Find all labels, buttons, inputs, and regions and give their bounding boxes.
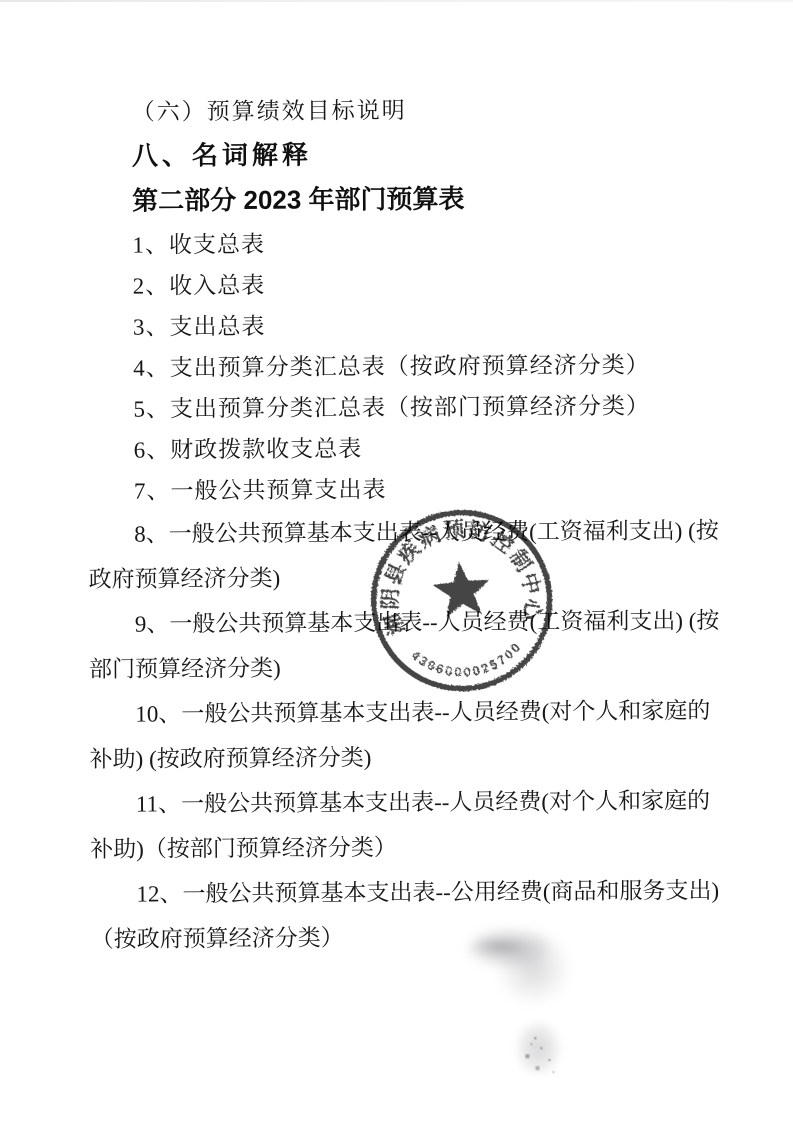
scanned-document-page: （六）预算绩效目标说明 八、名词解释 第二部分 2023 年部门预算表 1、收支…	[0, 0, 793, 1122]
list-item-3: 3、支出总表	[87, 303, 737, 348]
list-item-10-line-2: 补助) (按政府预算经济分类)	[89, 733, 739, 782]
list-item-2: 2、收入总表	[87, 262, 737, 307]
list-item-11-line-2: 补助)（按部门预算经济分类）	[90, 823, 740, 872]
heading-glossary: 八、名词解释	[86, 131, 736, 177]
list-item-12-line-2: （按政府预算经济分类）	[91, 913, 741, 962]
list-item-1: 1、收支总表	[86, 221, 736, 266]
list-item-4: 4、支出预算分类汇总表（按政府预算经济分类）	[87, 344, 737, 389]
scan-ink-speckles	[534, 1037, 536, 1039]
text-line-section-6: （六）预算绩效目标说明	[86, 86, 736, 135]
seal-star-icon	[431, 559, 493, 618]
heading-part-two: 第二部分 2023 年部门预算表	[86, 173, 736, 225]
scan-smudge-small	[498, 1007, 578, 1089]
official-seal: 湘阴县疾病预防控制中心 4306000025700	[341, 480, 582, 721]
list-item-11-line-1: 11、一般公共预算基本支出表--人员经费(对个人和家庭的	[90, 778, 740, 827]
list-item-6: 6、财政拨款收支总表	[88, 426, 738, 471]
list-item-5: 5、支出预算分类汇总表（按部门预算经济分类）	[87, 385, 737, 430]
scan-smudge-streak	[458, 929, 538, 963]
list-item-12-line-1: 12、一般公共预算基本支出表--公用经费(商品和服务支出)	[90, 868, 740, 917]
